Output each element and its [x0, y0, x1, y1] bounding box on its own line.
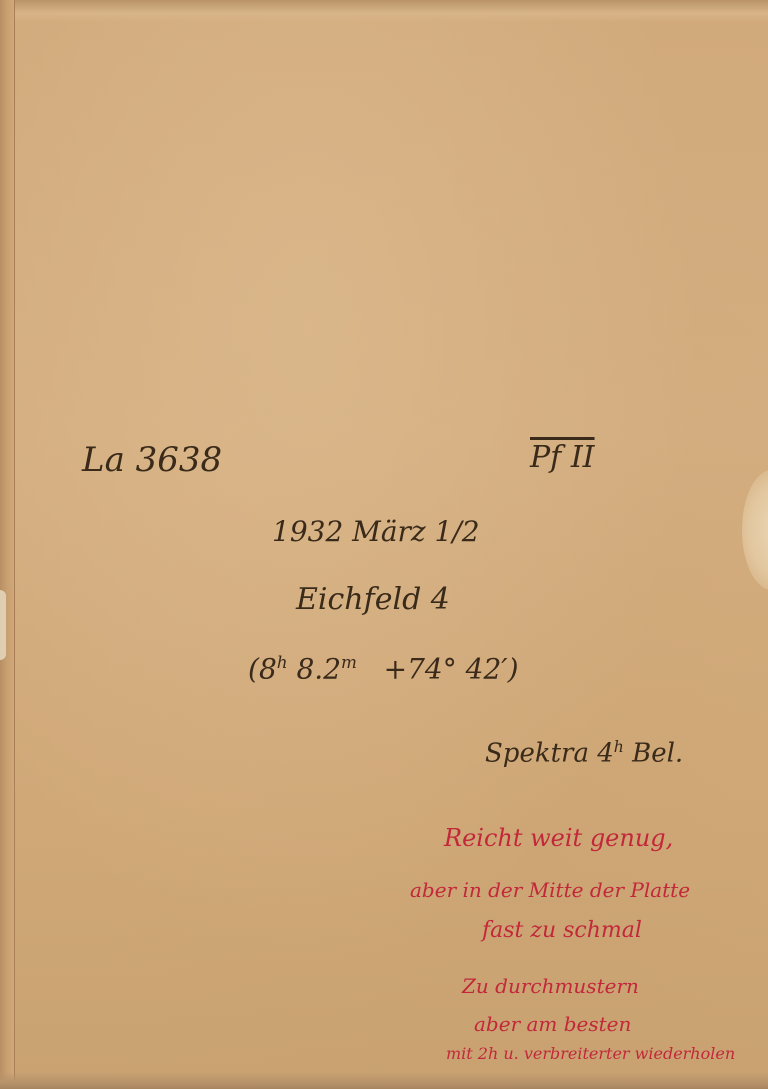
- exposure-suffix: Bel.: [632, 739, 683, 769]
- left-edge: [0, 0, 15, 1089]
- exposure-unit: h: [614, 738, 624, 756]
- ra-minutes: 8.2: [296, 652, 341, 685]
- left-notch: [0, 590, 6, 660]
- declination: +74° 42′: [384, 652, 508, 685]
- red-note-line-2: aber in der Mitte der Platte: [410, 878, 690, 902]
- observation-date: 1932 März 1/2: [272, 515, 480, 548]
- plate-id: La 3638: [82, 440, 222, 480]
- object-name: Eichfeld 4: [296, 582, 450, 617]
- red-note-line-1: Reicht weit genug,: [444, 824, 673, 852]
- red-note-line-3: fast zu schmal: [482, 918, 642, 943]
- exposure-note: Spektra 4h Bel.: [485, 738, 683, 769]
- red-note-line-6: mit 2h u. verbreiterter wiederholen: [446, 1044, 735, 1063]
- exposure-label: Spektra 4: [485, 739, 614, 769]
- bottom-edge: [0, 1072, 768, 1089]
- plate-type: Pf II: [530, 440, 595, 475]
- coordinates: (8h 8.2m +74° 42′): [248, 652, 519, 685]
- red-note-line-4: Zu durchmustern: [462, 974, 639, 998]
- ra-hours: 8: [259, 652, 277, 685]
- ra-minutes-unit: m: [341, 652, 357, 672]
- red-note-line-5: aber am besten: [474, 1012, 631, 1036]
- ra-hours-unit: h: [277, 652, 288, 672]
- top-fold: [0, 0, 768, 22]
